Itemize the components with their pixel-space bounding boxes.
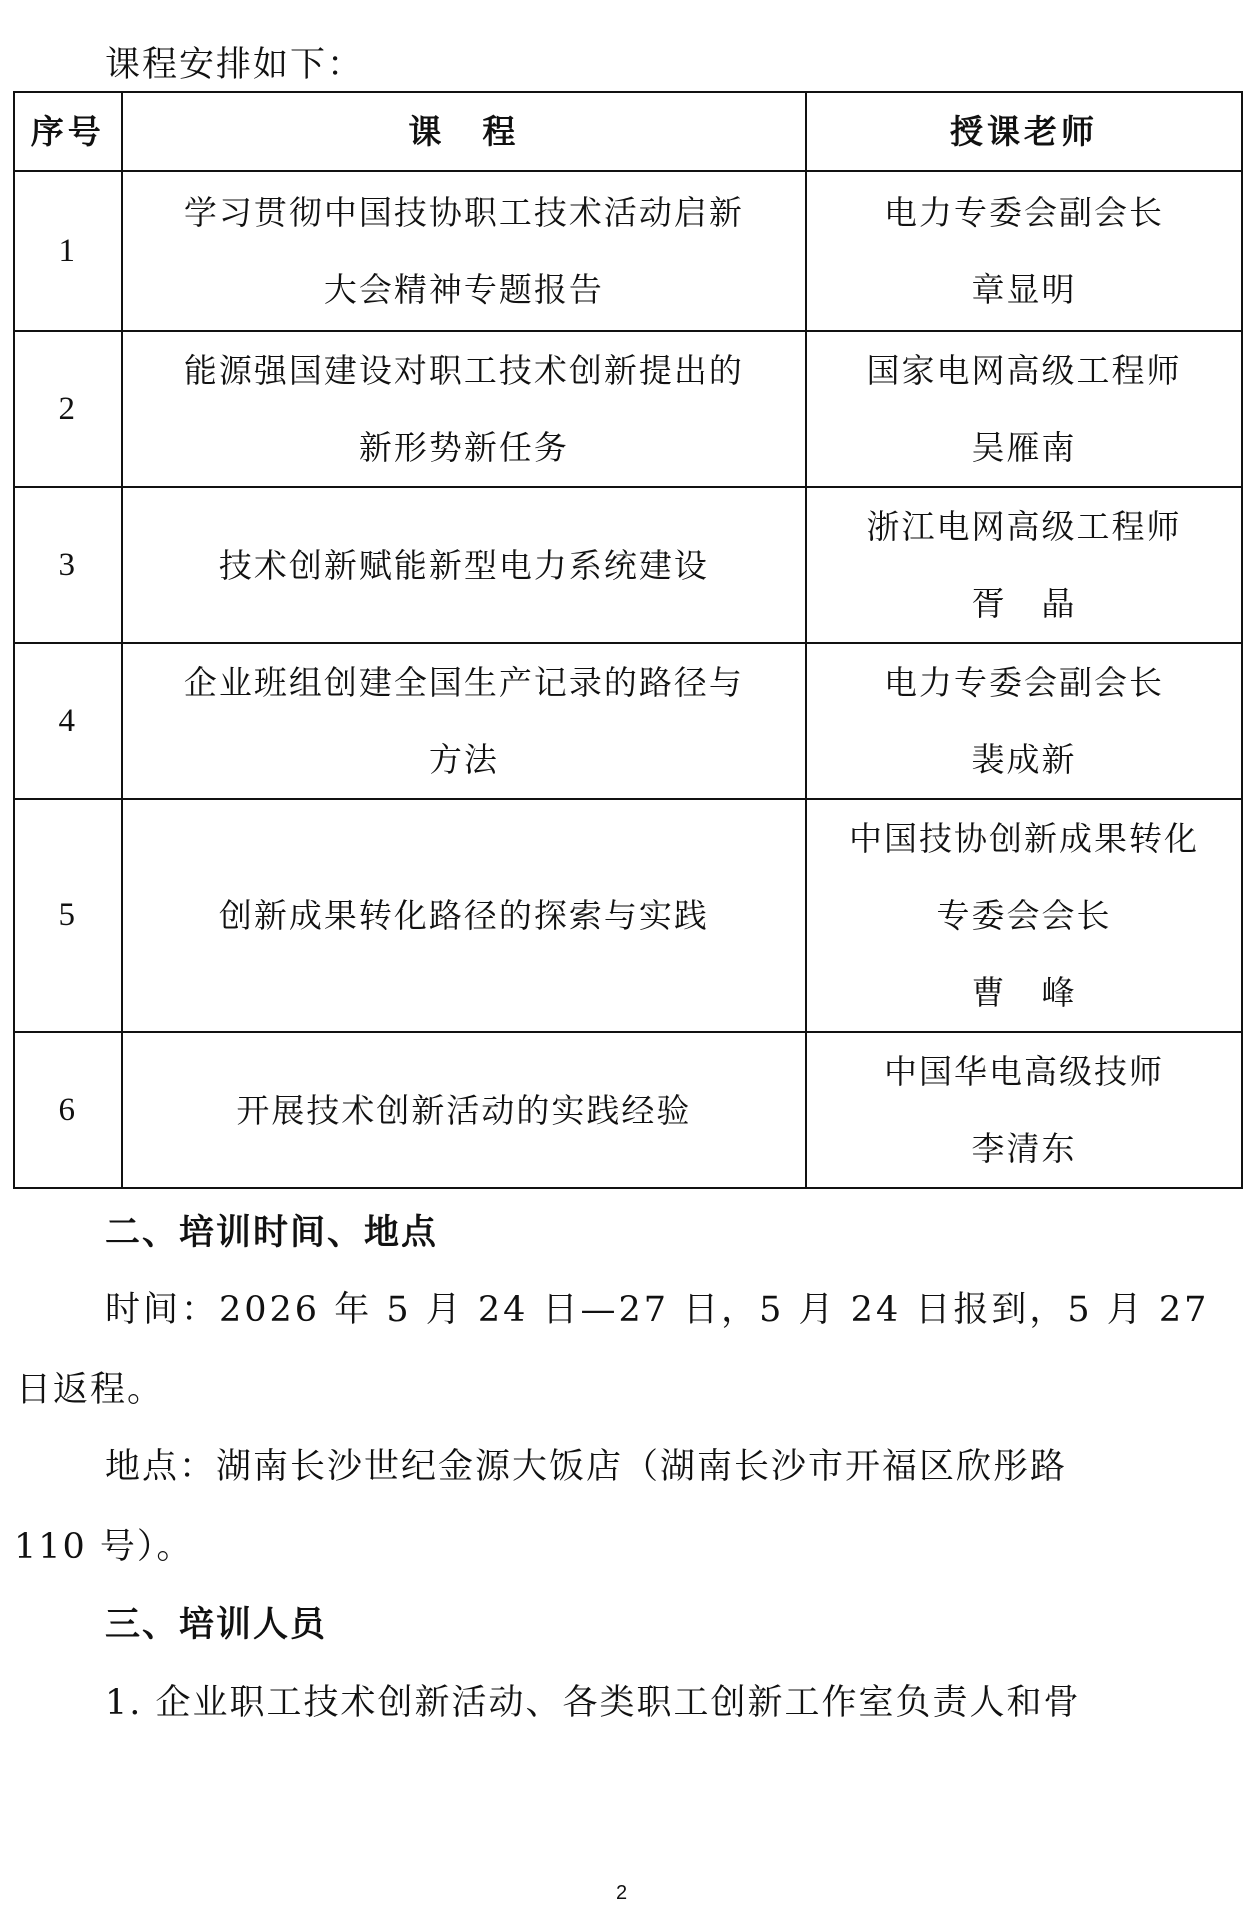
teacher-cell: 电力专委会副会长 章显明 <box>806 171 1242 331</box>
intro-text: 课程安排如下： <box>105 43 364 87</box>
row-number: 4 <box>14 643 122 799</box>
course-line: 能源强国建设对职工技术创新提出的 <box>123 332 805 409</box>
page-number: 2 <box>616 1882 627 1905</box>
course-line: 学习贯彻中国技协职工技术活动启新 <box>123 174 805 251</box>
course-line: 新形势新任务 <box>123 409 805 486</box>
place-text-continued: 110 号）。 <box>14 1525 193 1569</box>
time-text: 时间：2026 年 5 月 24 日—27 日，5 月 24 日报到，5 月 2… <box>105 1288 1209 1332</box>
header-seq: 序号 <box>14 92 122 171</box>
header-teacher: 授课老师 <box>806 92 1242 171</box>
teacher-cell: 中国华电高级技师 李清东 <box>806 1032 1242 1188</box>
course-schedule-table: 序号 课 程 授课老师 1 学习贯彻中国技协职工技术活动启新 大会精神专题报告 … <box>13 91 1243 1189</box>
teacher-line: 中国技协创新成果转化 <box>807 800 1241 877</box>
course-cell: 企业班组创建全国生产记录的路径与 方法 <box>122 643 806 799</box>
teacher-line: 电力专委会副会长 <box>807 174 1241 251</box>
place-text: 地点：湖南长沙世纪金源大饭店（湖南长沙市开福区欣彤路 <box>105 1445 1067 1489</box>
course-cell: 技术创新赋能新型电力系统建设 <box>122 487 806 643</box>
table-row: 1 学习贯彻中国技协职工技术活动启新 大会精神专题报告 电力专委会副会长 章显明 <box>14 171 1242 331</box>
teacher-line: 李清东 <box>807 1110 1241 1187</box>
course-line: 开展技术创新活动的实践经验 <box>123 1072 805 1149</box>
course-cell: 学习贯彻中国技协职工技术活动启新 大会精神专题报告 <box>122 171 806 331</box>
table-row: 6 开展技术创新活动的实践经验 中国华电高级技师 李清东 <box>14 1032 1242 1188</box>
course-cell: 能源强国建设对职工技术创新提出的 新形势新任务 <box>122 331 806 487</box>
teacher-line: 吴雁南 <box>807 409 1241 486</box>
row-number: 3 <box>14 487 122 643</box>
row-number: 5 <box>14 799 122 1032</box>
teacher-line: 章显明 <box>807 251 1241 328</box>
course-line: 技术创新赋能新型电力系统建设 <box>123 527 805 604</box>
teacher-cell: 国家电网高级工程师 吴雁南 <box>806 331 1242 487</box>
teacher-cell: 中国技协创新成果转化 专委会会长 曹 峰 <box>806 799 1242 1032</box>
row-number: 2 <box>14 331 122 487</box>
row-number: 1 <box>14 171 122 331</box>
teacher-line: 国家电网高级工程师 <box>807 332 1241 409</box>
teacher-line: 胥 晶 <box>807 565 1241 642</box>
table-row: 4 企业班组创建全国生产记录的路径与 方法 电力专委会副会长 裴成新 <box>14 643 1242 799</box>
course-line: 企业班组创建全国生产记录的路径与 <box>123 644 805 721</box>
table-header-row: 序号 课 程 授课老师 <box>14 92 1242 171</box>
teacher-line: 曹 峰 <box>807 954 1241 1031</box>
course-line: 方法 <box>123 721 805 798</box>
teacher-line: 中国华电高级技师 <box>807 1033 1241 1110</box>
table-row: 3 技术创新赋能新型电力系统建设 浙江电网高级工程师 胥 晶 <box>14 487 1242 643</box>
table-row: 5 创新成果转化路径的探索与实践 中国技协创新成果转化 专委会会长 曹 峰 <box>14 799 1242 1032</box>
teacher-line: 浙江电网高级工程师 <box>807 488 1241 565</box>
course-line: 大会精神专题报告 <box>123 251 805 328</box>
section-heading-time-place: 二、培训时间、地点 <box>105 1211 438 1255</box>
teacher-cell: 电力专委会副会长 裴成新 <box>806 643 1242 799</box>
teacher-line: 裴成新 <box>807 721 1241 798</box>
trainee-item-1: 1. 企业职工技术创新活动、各类职工创新工作室负责人和骨 <box>105 1681 1081 1725</box>
section-heading-trainees: 三、培训人员 <box>105 1603 327 1647</box>
course-line: 创新成果转化路径的探索与实践 <box>123 877 805 954</box>
header-course: 课 程 <box>122 92 806 171</box>
table-row: 2 能源强国建设对职工技术创新提出的 新形势新任务 国家电网高级工程师 吴雁南 <box>14 331 1242 487</box>
teacher-cell: 浙江电网高级工程师 胥 晶 <box>806 487 1242 643</box>
time-text-continued: 日返程。 <box>16 1368 164 1412</box>
teacher-line: 专委会会长 <box>807 877 1241 954</box>
teacher-line: 电力专委会副会长 <box>807 644 1241 721</box>
course-cell: 创新成果转化路径的探索与实践 <box>122 799 806 1032</box>
course-cell: 开展技术创新活动的实践经验 <box>122 1032 806 1188</box>
row-number: 6 <box>14 1032 122 1188</box>
